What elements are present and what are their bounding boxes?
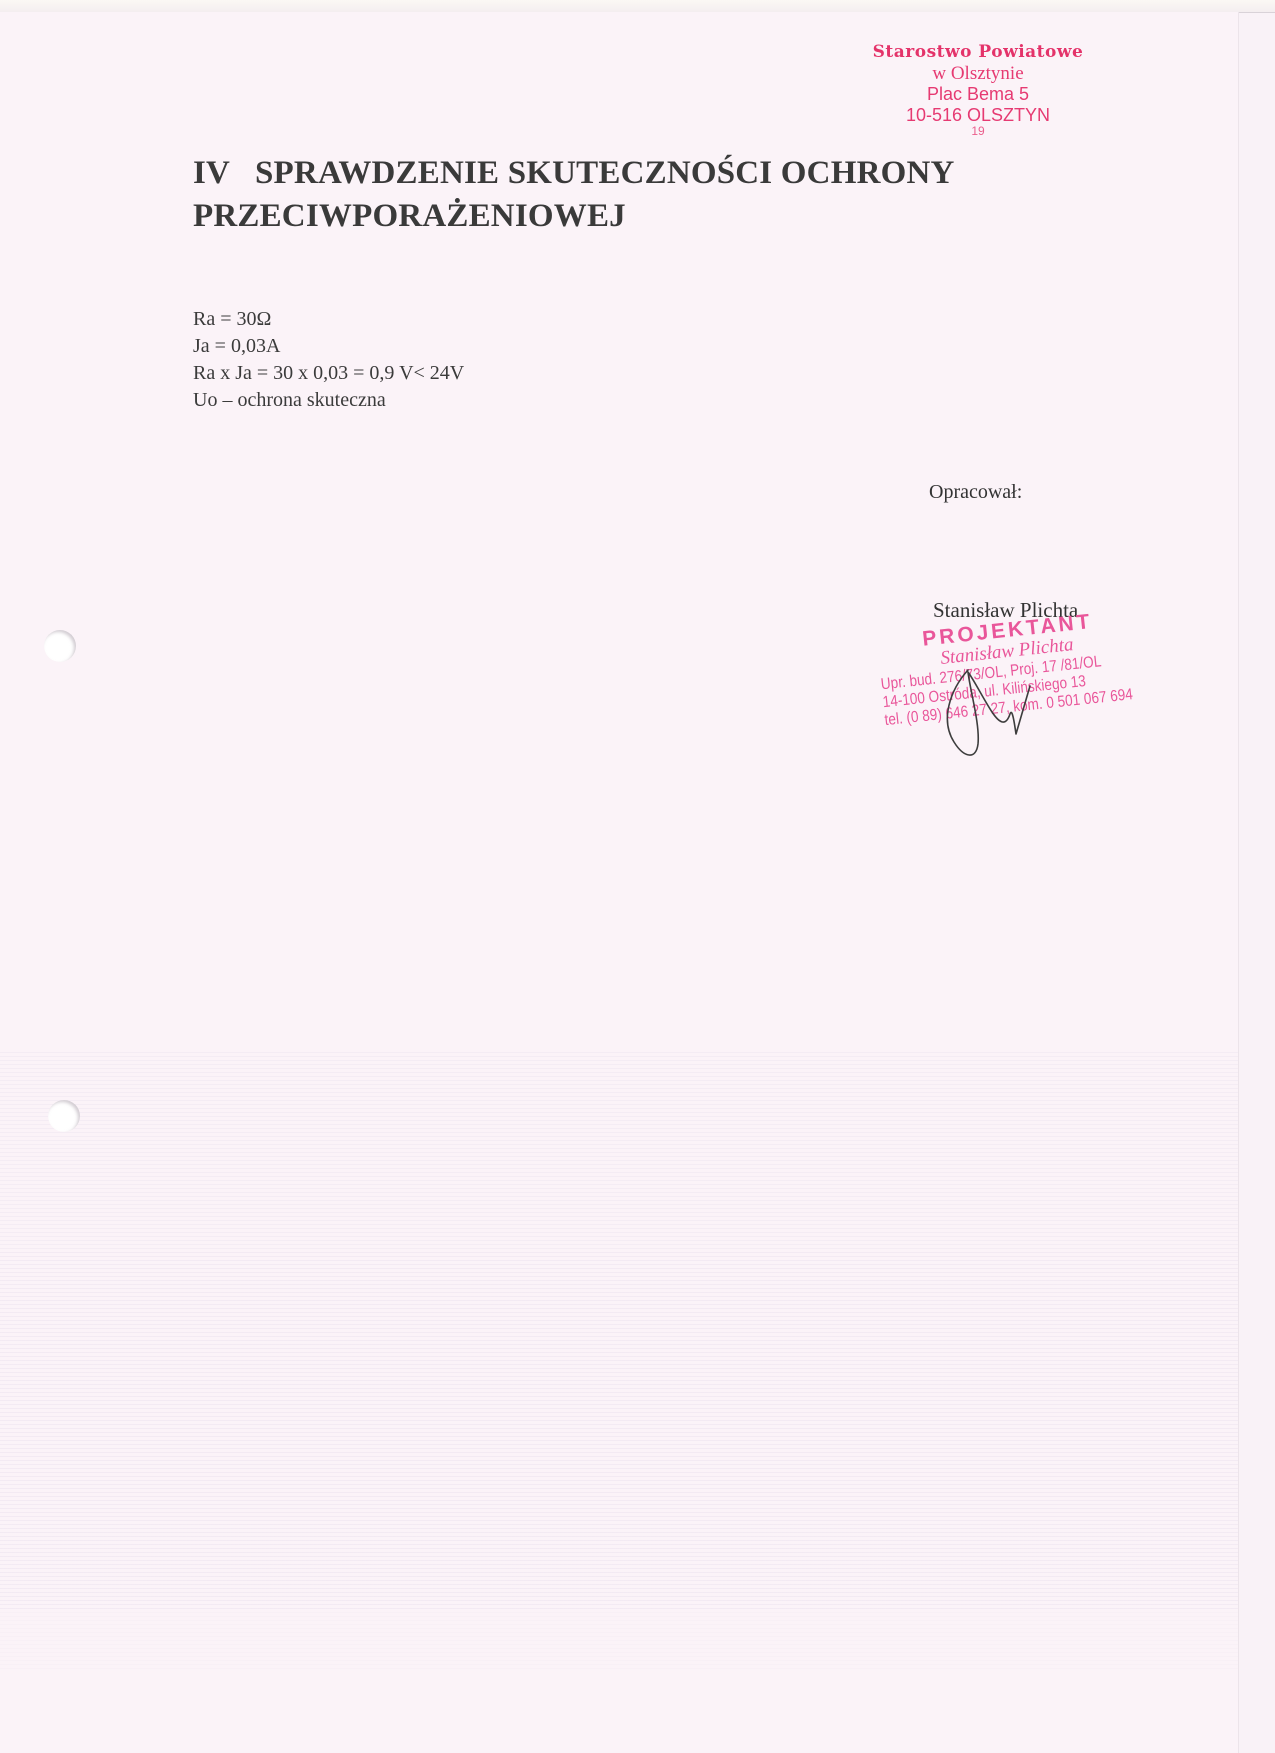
calculation-block: Ra = 30Ω Ja = 0,03A Ra x Ja = 30 x 0,03 … [193, 306, 464, 414]
office-stamp-line: w Olsztynie [848, 63, 1108, 84]
scan-noise [0, 1052, 1238, 1252]
scan-noise [0, 1612, 1238, 1672]
office-stamp: Starostwo Powiatowe w Olsztynie Plac Bem… [848, 42, 1108, 136]
heading-title-line-1: SPRAWDZENIE SKUTECZNOŚCI OCHRONY [255, 155, 955, 191]
office-stamp-line: Starostwo Powiatowe [848, 42, 1108, 63]
prepared-by-label: Opracował: [929, 481, 1022, 504]
office-stamp-line: 10-516 OLSZTYN [848, 105, 1108, 126]
office-stamp-line: 19 [848, 126, 1108, 136]
punch-hole [44, 630, 76, 662]
punch-hole [48, 1100, 80, 1132]
section-heading: IVSPRAWDZENIE SKUTECZNOŚCI OCHRONY PRZEC… [193, 152, 955, 238]
calculation-line: Ra = 30Ω [193, 306, 464, 333]
calculation-line: Ja = 0,03A [193, 333, 464, 360]
signature-icon [940, 660, 1060, 770]
scan-noise [0, 1252, 1238, 1612]
calculation-line: Uo – ochrona skuteczna [193, 387, 464, 414]
office-stamp-line: Plac Bema 5 [848, 84, 1108, 105]
document-page [0, 12, 1239, 1753]
calculation-line: Ra x Ja = 30 x 0,03 = 0,9 V< 24V [193, 360, 464, 387]
heading-title-line-2: PRZECIWPORAŻENIOWEJ [193, 195, 955, 238]
section-number: IV [193, 152, 255, 195]
